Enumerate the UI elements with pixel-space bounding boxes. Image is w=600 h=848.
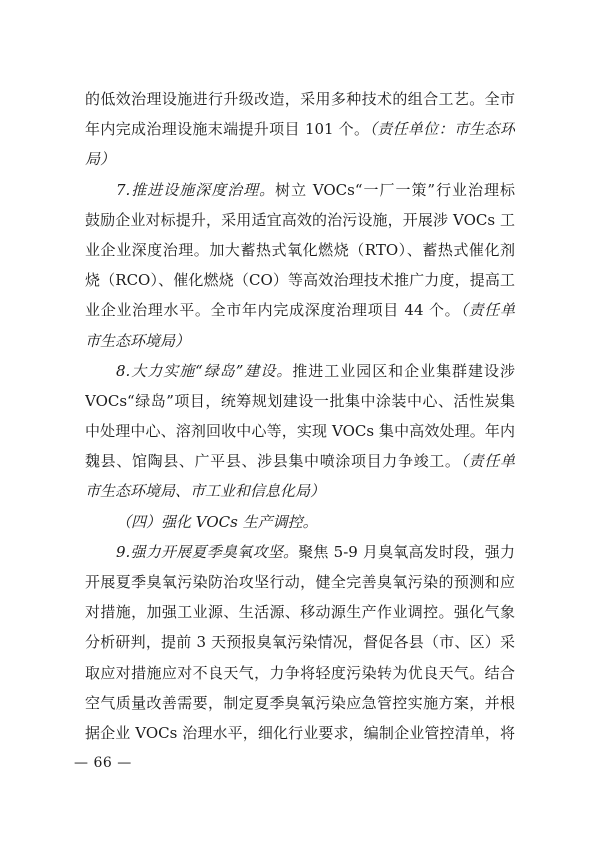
text-segment-body: 鼓励企业对标提升，采用适宜高效的治污设施，开展涉 VOCs 工 xyxy=(85,211,515,229)
text-line: 魏县、馆陶县、广平县、涉县集中喷涂项目力争竣工。（责任单位： xyxy=(85,446,515,476)
text-line: 鼓励企业对标提升，采用适宜高效的治污设施，开展涉 VOCs 工 xyxy=(85,205,515,235)
text-segment-body: 中处理中心、溶剂回收中心等，实现 VOCs 集中高效处理。年内 xyxy=(85,422,515,440)
text-line: （四）强化 VOCs 生产调控。 xyxy=(85,507,515,537)
text-segment-kai: （四）强化 VOCs 生产调控。 xyxy=(116,513,318,531)
text-segment-body: VOCs“绿岛”项目，统筹规划建设一批集中涂装中心、活性炭集 xyxy=(85,392,515,410)
text-segment-body: 业企业治理水平。全市年内完成深度治理项目 44 个。 xyxy=(85,301,460,319)
text-segment-body: 的低效治理设施进行升级改造，采用多种技术的组合工艺。全市 xyxy=(85,90,515,108)
text-segment-body: 据企业 VOCs 治理水平，细化行业要求，编制企业管控清单，将 xyxy=(85,724,515,742)
document-page: 的低效治理设施进行升级改造，采用多种技术的组合工艺。全市年内完成治理设施末端提升… xyxy=(0,0,600,848)
text-line: 据企业 VOCs 治理水平，细化行业要求，编制企业管控清单，将 xyxy=(85,718,515,748)
text-line: 局） xyxy=(85,144,515,174)
text-segment-body: 取应对措施应对不良天气，力争将轻度污染转为优良天气。结合 xyxy=(85,664,515,682)
text-segment-body: 魏县、馆陶县、广平县、涉县集中喷涂项目力争竣工。 xyxy=(85,452,461,470)
text-segment-body: 年内完成治理设施末端提升项目 101 个。 xyxy=(85,120,369,138)
text-segment-kai: 7.推进设施深度治理。 xyxy=(116,181,275,199)
text-segment-body: 空气质量改善需要，制定夏季臭氧污染应急管控实施方案，并根 xyxy=(85,694,515,712)
text-segment-body: 分析研判，提前 3 天预报臭氧污染情况，督促各县（市、区）采 xyxy=(85,633,515,651)
text-segment-kai: 9.强力开展夏季臭氧攻坚。 xyxy=(116,543,298,561)
text-line: 中处理中心、溶剂回收中心等，实现 VOCs 集中高效处理。年内 xyxy=(85,416,515,446)
text-line: 年内完成治理设施末端提升项目 101 个。（责任单位：市生态环境 xyxy=(85,114,515,144)
text-line: 8.大力实施“绿岛”建设。推进工业园区和企业集群建设涉 xyxy=(85,356,515,386)
page-background: { "page": { "colors": { "paper": "#fffff… xyxy=(0,0,600,848)
text-segment-kai: 市生态环境局） xyxy=(85,332,190,350)
text-segment-body: 聚焦 5-9 月臭氧高发时段，强力 xyxy=(298,543,515,561)
document-body: 的低效治理设施进行升级改造，采用多种技术的组合工艺。全市年内完成治理设施末端提升… xyxy=(85,84,515,748)
text-line: 业企业治理水平。全市年内完成深度治理项目 44 个。（责任单位： xyxy=(85,295,515,325)
text-segment-body: 对措施，加强工业源、生活源、移动源生产作业调控。强化气象 xyxy=(85,603,515,621)
text-segment-body: 烧（RCO）、催化燃烧（CO）等高效治理技术推广力度，提高工 xyxy=(85,271,515,289)
text-segment-kai: 市生态环境局、市工业和信息化局） xyxy=(85,482,325,500)
text-line: VOCs“绿岛”项目，统筹规划建设一批集中涂装中心、活性炭集 xyxy=(85,386,515,416)
text-line: 市生态环境局） xyxy=(85,326,515,356)
text-line: 取应对措施应对不良天气，力争将轻度污染转为优良天气。结合 xyxy=(85,658,515,688)
text-segment-kai: 8.大力实施“绿岛”建设。 xyxy=(116,362,292,380)
text-line: 7.推进设施深度治理。树立 VOCs“一厂一策”行业治理标杆， xyxy=(85,175,515,205)
text-line: 市生态环境局、市工业和信息化局） xyxy=(85,476,515,506)
text-line: 空气质量改善需要，制定夏季臭氧污染应急管控实施方案，并根 xyxy=(85,688,515,718)
text-segment-body: 推进工业园区和企业集群建设涉 xyxy=(292,362,515,380)
text-line: 对措施，加强工业源、生活源、移动源生产作业调控。强化气象 xyxy=(85,597,515,627)
text-line: 开展夏季臭氧污染防治攻坚行动，健全完善臭氧污染的预测和应 xyxy=(85,567,515,597)
page-number: — 66 — xyxy=(74,749,515,777)
text-segment-body: 业企业深度治理。加大蓄热式氧化燃烧（RTO）、蓄热式催化剂燃 xyxy=(85,241,515,265)
text-line: 分析研判，提前 3 天预报臭氧污染情况，督促各县（市、区）采 xyxy=(85,627,515,657)
text-line: 9.强力开展夏季臭氧攻坚。聚焦 5-9 月臭氧高发时段，强力 xyxy=(85,537,515,567)
text-line: 烧（RCO）、催化燃烧（CO）等高效治理技术推广力度，提高工 xyxy=(85,265,515,295)
text-segment-body: 开展夏季臭氧污染防治攻坚行动，健全完善臭氧污染的预测和应 xyxy=(85,573,515,591)
text-line: 的低效治理设施进行升级改造，采用多种技术的组合工艺。全市 xyxy=(85,84,515,114)
text-segment-kai: 局） xyxy=(85,150,115,168)
text-line: 业企业深度治理。加大蓄热式氧化燃烧（RTO）、蓄热式催化剂燃 xyxy=(85,235,515,265)
